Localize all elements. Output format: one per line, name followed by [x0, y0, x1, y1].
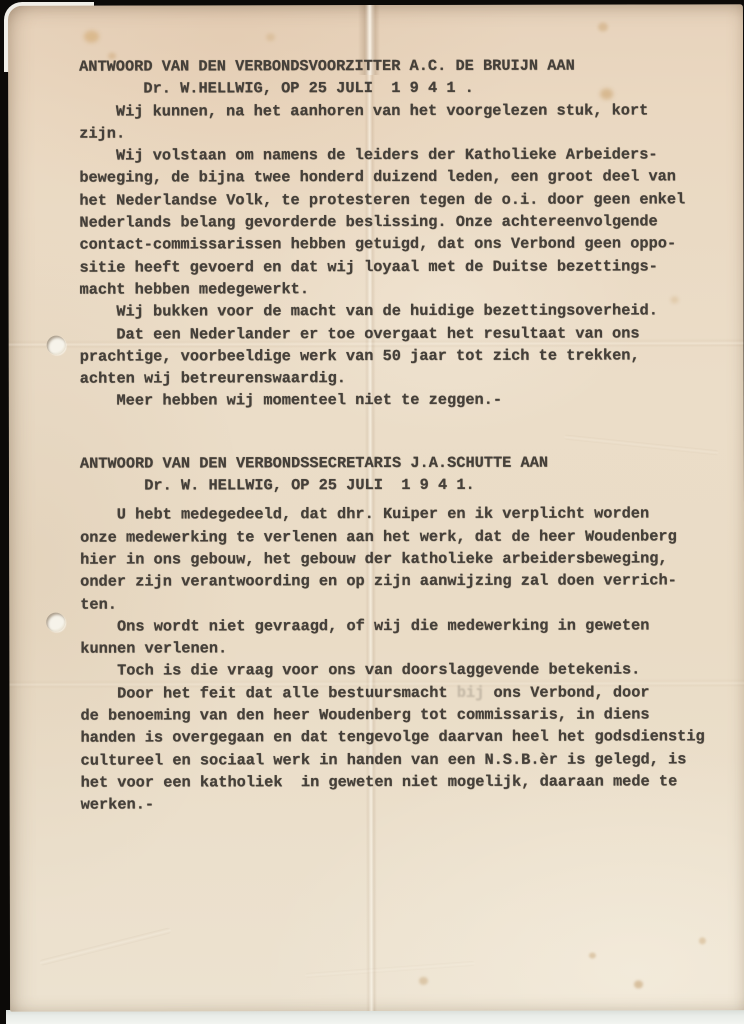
- smudged-line-before: Door het feit dat alle bestuursmacht: [80, 684, 456, 703]
- body-schutte-part1: U hebt medegedeeld, dat dhr. Kuiper en i…: [80, 503, 744, 683]
- body-schutte-part2: de benoeming van den heer Woudenberg tot…: [80, 703, 744, 816]
- backing-sheet-bottom-edge: [6, 1010, 744, 1024]
- heading-schutte: ANTWOORD VAN DEN VERBONDSSECRETARIS J.A.…: [80, 451, 744, 497]
- smudged-text-line: Door het feit dat alle bestuursmacht bij…: [80, 681, 744, 705]
- body-bruijn: Wij kunnen, na het aanhoren van het voor…: [79, 99, 744, 413]
- smudged-line-after: ons Verbond, door: [484, 683, 649, 701]
- document-paper: ANTWOORD VAN DEN VERBONDSVOORZITTER A.C.…: [8, 4, 744, 1012]
- typewritten-content: ANTWOORD VAN DEN VERBONDSVOORZITTER A.C.…: [8, 4, 744, 1012]
- heading-bruijn: ANTWOORD VAN DEN VERBONDSVOORZITTER A.C.…: [79, 54, 743, 100]
- smudged-word: bij: [457, 683, 485, 701]
